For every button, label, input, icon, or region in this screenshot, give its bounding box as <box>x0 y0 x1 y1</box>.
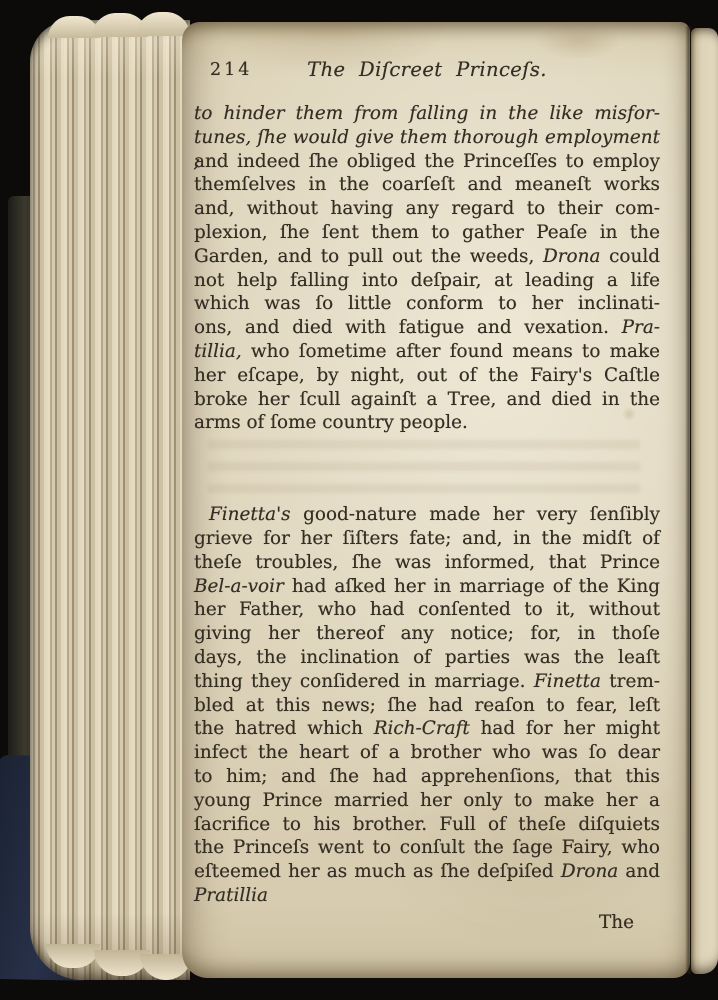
text-segment: young Prince married her only to make he… <box>194 790 660 811</box>
text-line: bled at this news; ſhe had reaſon to fea… <box>194 694 660 718</box>
fanned-page-edges <box>30 20 190 980</box>
text-segment: the Princeſs went to conſult the ſage Fa… <box>194 837 660 858</box>
text-line: Bel-a-voir had aſked her in marriage of … <box>194 575 660 599</box>
italic-text-segment: Bel-a-voir <box>194 576 284 597</box>
text-line: theſe troubles, ſhe was informed, that P… <box>194 551 660 575</box>
text-segment: and <box>618 861 660 882</box>
text-line: infect the heart of a brother who was ſo… <box>194 741 660 765</box>
text-line: the Princeſs went to conſult the ſage Fa… <box>194 836 660 860</box>
text-line: arms of ſome country people. <box>194 411 660 435</box>
text-segment: and, without having any regard to their … <box>194 198 660 219</box>
text-line: her Father, who had conſented to it, wit… <box>194 598 660 622</box>
text-line: days, the inclination of parties was the… <box>194 646 660 670</box>
text-line: eſteemed her as much as ſhe deſpiſed Dro… <box>194 860 660 884</box>
photo-backdrop: 214 The Diſcreet Princeſs. to hinder the… <box>0 0 718 1000</box>
text-segment: good-nature made her very ſenſibly <box>291 504 660 525</box>
text-segment: could <box>600 246 660 267</box>
text-segment: days, the inclination of parties was the… <box>194 647 660 668</box>
catchword: The <box>194 911 660 935</box>
text-segment: ſacrifice to his brother. Full of theſe … <box>194 814 660 835</box>
text-segment: trem- <box>601 671 660 692</box>
text-segment: giving her thereof any notice; for, in t… <box>194 623 660 644</box>
italic-text-segment: Rich-Craft <box>374 718 470 739</box>
text-segment: plexion, ſhe ſent them to gather Peaſe i… <box>194 222 660 243</box>
italic-text-segment: Pratillia <box>194 885 268 906</box>
text-line: to hinder them from falling in the like … <box>194 102 660 126</box>
italic-text-segment: Finetta <box>534 671 601 692</box>
text-segment: which was ſo little conform to her incli… <box>194 293 660 314</box>
text-line: plexion, ſhe ſent them to gather Peaſe i… <box>194 221 660 245</box>
italic-text-segment: Pra- <box>622 317 660 338</box>
body-text: to hinder them from falling in the like … <box>194 102 660 908</box>
text-segment: who ſometime after found means to make <box>242 341 660 362</box>
text-line: to him; and ſhe had apprehenſions, that … <box>194 765 660 789</box>
text-line: tillia, who ſometime after found means t… <box>194 340 660 364</box>
italic-text-segment: Drona <box>543 246 600 267</box>
text-segment: arms of ſome country people. <box>194 412 468 433</box>
text-line: and indeed ſhe obliged the Princeſſes to… <box>194 150 660 174</box>
text-line: Pratillia <box>194 884 660 908</box>
paragraph: to hinder them from falling in the like … <box>194 102 660 435</box>
text-line: ons, and died with fatigue and vexation.… <box>194 316 660 340</box>
text-segment: infect the heart of a brother who was ſo… <box>194 742 660 763</box>
italic-text-segment: to hinder them from falling in the like … <box>194 103 660 124</box>
text-line: which was ſo little conform to her incli… <box>194 292 660 316</box>
text-segment: had for her might <box>470 718 660 739</box>
running-title: The Diſcreet Princeſs. <box>194 58 660 81</box>
text-line: Finetta's good-nature made her very ſenſ… <box>194 503 660 527</box>
text-line: grieve for her ſiſters fate; and, in the… <box>194 527 660 551</box>
text-segment: thing they conſidered in marriage. <box>194 671 534 692</box>
text-line: Garden, and to pull out the weeds, Drona… <box>194 245 660 269</box>
page-body: to hinder them from falling in the like … <box>194 102 660 935</box>
italic-text-segment: Drona <box>561 861 618 882</box>
italic-text-segment: tillia, <box>194 341 242 362</box>
text-line: the hatred which Rich-Craft had for her … <box>194 717 660 741</box>
text-line: tunes, ſhe would give them thorough empl… <box>194 126 660 150</box>
text-segment: ons, and died with fatigue and vexation. <box>194 317 622 338</box>
adjacent-page-edge <box>691 28 718 974</box>
text-segment: her eſcape, by night, out of the Fairy's… <box>194 365 660 386</box>
text-line: broke her ſcull againſt a Tree, and died… <box>194 388 660 412</box>
text-line: not help falling into deſpair, at leadin… <box>194 269 660 293</box>
text-segment: bled at this news; ſhe had reaſon to fea… <box>194 695 660 716</box>
text-segment: to him; and ſhe had apprehenſions, that … <box>194 766 660 787</box>
page-edge-curl <box>136 12 190 36</box>
text-segment: broke her ſcull againſt a Tree, and died… <box>194 389 660 410</box>
text-segment: grieve for her ſiſters fate; and, in the… <box>194 528 660 549</box>
book-page: 214 The Diſcreet Princeſs. to hinder the… <box>182 22 690 978</box>
paragraph: Finetta's good-nature made her very ſenſ… <box>194 503 660 908</box>
text-segment: the hatred which <box>194 718 374 739</box>
text-segment: themſelves in the coarſeſt and meaneſt w… <box>194 174 660 195</box>
text-line: young Prince married her only to make he… <box>194 789 660 813</box>
text-segment: had aſked her in marriage of the King <box>284 576 660 597</box>
page-header: 214 The Diſcreet Princeſs. <box>194 58 660 84</box>
text-line: giving her thereof any notice; for, in t… <box>194 622 660 646</box>
text-segment: eſteemed her as much as ſhe deſpiſed <box>194 861 561 882</box>
text-line: thing they conſidered in marriage. Finet… <box>194 670 660 694</box>
text-segment: not help falling into deſpair, at leadin… <box>194 270 660 291</box>
text-line: her eſcape, by night, out of the Fairy's… <box>194 364 660 388</box>
text-line: ſacrifice to his brother. Full of theſe … <box>194 813 660 837</box>
text-segment: theſe troubles, ſhe was informed, that P… <box>194 552 660 573</box>
text-line: and, without having any regard to their … <box>194 197 660 221</box>
text-line: themſelves in the coarſeſt and meaneſt w… <box>194 173 660 197</box>
text-segment: her Father, who had conſented to it, wit… <box>194 599 660 620</box>
text-segment: and indeed ſhe obliged the Princeſſes to… <box>194 151 660 172</box>
italic-text-segment: Finetta's <box>209 504 291 525</box>
text-segment: Garden, and to pull out the weeds, <box>194 246 543 267</box>
